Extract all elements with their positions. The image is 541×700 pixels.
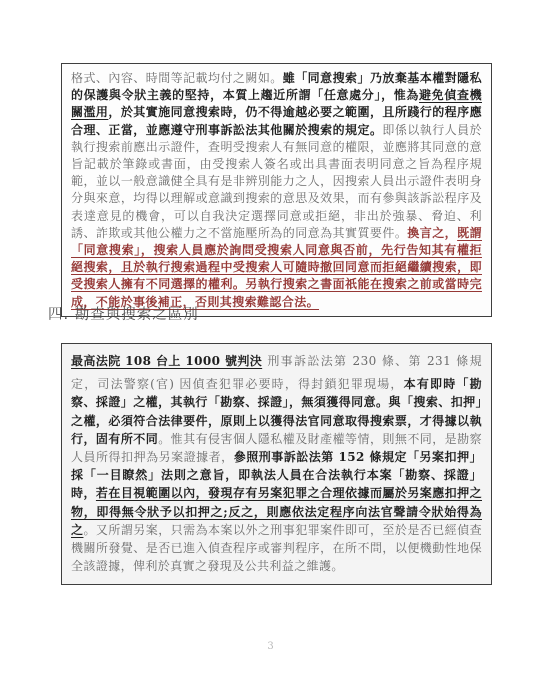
judgment-box: 最高法院 108 台上 1000 號判決 刑事訴訟法第 230 條、第 231 … (61, 343, 492, 585)
page-number: 3 (0, 641, 541, 652)
consent-search-paragraph-box: 格式、內容、時間等記載均付之闕如。雖「同意搜索」乃放棄基本權對隱私的保護與令狀主… (61, 63, 492, 317)
judgment-title: 最高法院 108 台上 1000 號判決 (71, 352, 262, 370)
text-run: 換言之， (407, 226, 457, 240)
section-heading: 四. 勘查與搜索之區別 (48, 303, 199, 324)
text-run: 格式、內容、時間等記載均付之闕如。 (71, 71, 283, 85)
judgment-body: 刑事訴訟法第 230 條、第 231 條規定，司法警察(官) 因偵查犯罪必要時，… (71, 354, 482, 573)
document-page: 格式、內容、時間等記載均付之闕如。雖「同意搜索」乃放棄基本權對隱私的保護與令狀主… (0, 0, 541, 700)
text-run: 即係以執行人員於執行搜索前應出示證件，查明受搜索人有無同意的權限，並應將其同意的… (71, 123, 482, 240)
text-run: 。又所謂另案，只需為本案以外之刑事犯罪案件即可，至於是否已經偵查機關所發覺、是否… (71, 523, 482, 573)
